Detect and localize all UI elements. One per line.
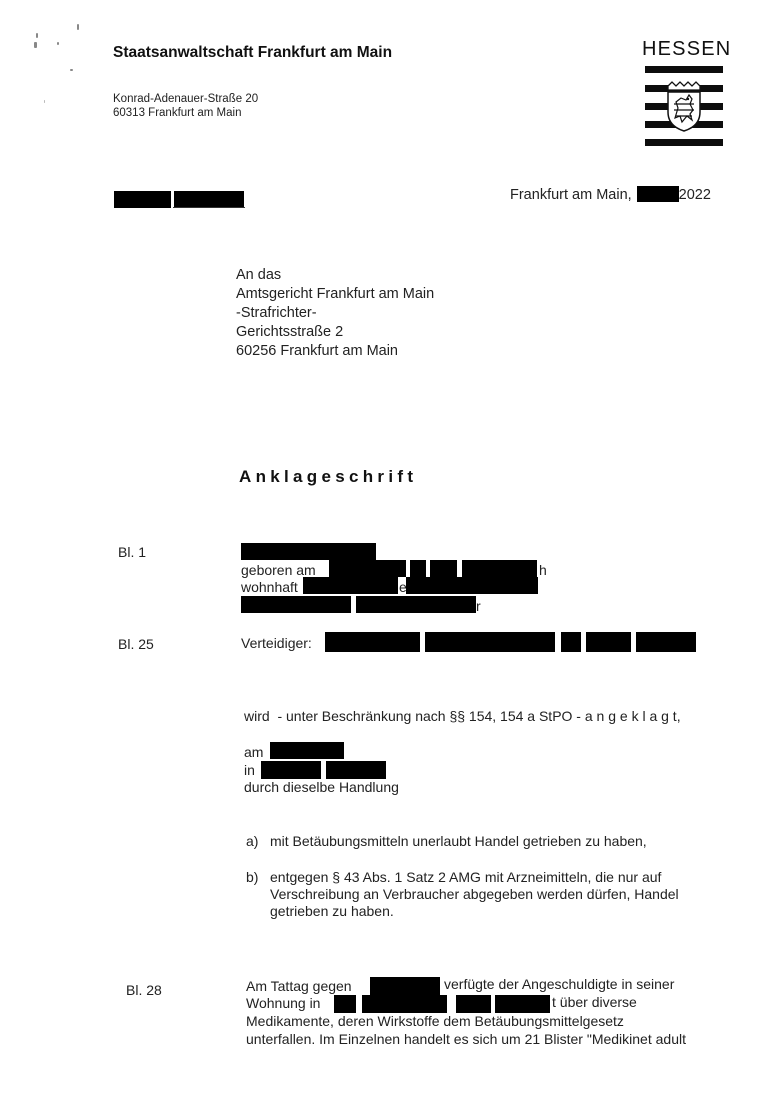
scan-artifact xyxy=(77,24,79,30)
agency-street: Konrad-Adenauer-Straße 20 xyxy=(113,92,258,106)
redacted-defense-part xyxy=(561,632,581,652)
redacted-defense-name xyxy=(325,632,420,652)
date-line: Frankfurt am Main,2022 xyxy=(510,186,711,203)
charge-intro: wird - unter Beschränkung nach §§ 154, 1… xyxy=(244,708,681,725)
redacted-accused-name xyxy=(241,543,376,560)
redacted-street-number xyxy=(406,577,538,594)
address-tail: r xyxy=(476,598,481,615)
offense-b-text: entgegen § 43 Abs. 1 Satz 2 AMG mit Arzn… xyxy=(270,869,740,920)
document-title: Anklageschrift xyxy=(239,467,417,487)
recipient-department: -Strafrichter- xyxy=(236,304,434,323)
redacted-time xyxy=(370,977,440,996)
facts-line2-start: Wohnung in xyxy=(246,995,320,1012)
agency-name: Staatsanwaltschaft Frankfurt am Main xyxy=(113,44,392,62)
offense-b-line: getrieben zu haben. xyxy=(270,903,740,920)
redacted-apartment-part xyxy=(495,995,550,1013)
resident-label: wohnhaft xyxy=(241,579,298,596)
date-prefix: Frankfurt am Main, xyxy=(510,187,632,203)
offense-a-label: a) xyxy=(246,833,258,850)
redacted-date xyxy=(637,186,679,202)
recipient-court: Amtsgericht Frankfurt am Main xyxy=(236,285,434,304)
offense-a: a) mit Betäubungsmitteln unerlaubt Hande… xyxy=(246,833,746,853)
redacted-reference-part1 xyxy=(114,191,171,208)
offense-b: b) entgegen § 43 Abs. 1 Satz 2 AMG mit A… xyxy=(246,869,746,929)
offense-b-label: b) xyxy=(246,869,258,886)
redacted-birth-part xyxy=(410,560,426,577)
scan-artifact xyxy=(57,42,59,45)
defense-label: Verteidiger: xyxy=(241,635,312,652)
redacted-defense-firm xyxy=(425,632,555,652)
margin-ref-bl1: Bl. 1 xyxy=(118,544,146,560)
redacted-apartment-part xyxy=(334,995,356,1013)
charge-date-label: am xyxy=(244,744,263,761)
redacted-defense-part xyxy=(586,632,631,652)
scan-artifact xyxy=(70,69,73,71)
offense-a-text: mit Betäubungsmitteln unerlaubt Handel g… xyxy=(270,833,740,850)
recipient-city: 60256 Frankfurt am Main xyxy=(236,342,434,361)
redacted-birth-part xyxy=(430,560,457,577)
facts-line2-end: t über diverse xyxy=(552,994,637,1011)
lion-crest-icon xyxy=(666,80,702,132)
redacted-offense-place xyxy=(326,761,386,779)
born-tail: h xyxy=(539,562,547,579)
redacted-offense-date xyxy=(270,742,344,759)
redacted-apartment-part xyxy=(456,995,491,1013)
redacted-birth-place xyxy=(462,560,537,577)
recipient-line: An das xyxy=(236,266,434,285)
redacted-defense-address xyxy=(636,632,696,652)
margin-ref-bl28: Bl. 28 xyxy=(126,982,162,998)
redacted-postcode xyxy=(241,596,351,613)
scan-artifact xyxy=(34,42,37,48)
redacted-reference-part2 xyxy=(174,191,244,208)
recipient-address: An das Amtsgericht Frankfurt am Main -St… xyxy=(236,266,434,361)
hessen-logo-text: HESSEN xyxy=(642,38,731,61)
facts-line4: unterfallen. Im Einzelnen handelt es sic… xyxy=(246,1031,686,1048)
scan-artifact xyxy=(36,33,38,38)
offense-b-line: entgegen § 43 Abs. 1 Satz 2 AMG mit Arzn… xyxy=(270,869,740,886)
recipient-street: Gerichtsstraße 2 xyxy=(236,323,434,342)
charge-place-label: in xyxy=(244,762,255,779)
scan-artifact xyxy=(44,100,45,103)
redacted-apartment-part xyxy=(362,995,447,1013)
facts-line3: Medikamente, deren Wirkstoffe dem Betäub… xyxy=(246,1013,624,1030)
offense-b-line: Verschreibung an Verbraucher abgegeben w… xyxy=(270,886,740,903)
agency-address: Konrad-Adenauer-Straße 20 60313 Frankfur… xyxy=(113,92,258,120)
redacted-street xyxy=(303,577,398,594)
agency-city: 60313 Frankfurt am Main xyxy=(113,106,258,120)
date-year: 2022 xyxy=(679,187,711,203)
redacted-birth-date xyxy=(329,560,406,577)
redacted-city xyxy=(356,596,476,613)
facts-line1-start: Am Tattag gegen xyxy=(246,978,352,995)
redacted-offense-place xyxy=(261,761,321,779)
facts-line1-end: verfügte der Angeschuldigte in seiner xyxy=(444,976,674,993)
reference-underline xyxy=(173,207,245,208)
margin-ref-bl25: Bl. 25 xyxy=(118,636,154,652)
charge-same-act: durch dieselbe Handlung xyxy=(244,779,399,796)
